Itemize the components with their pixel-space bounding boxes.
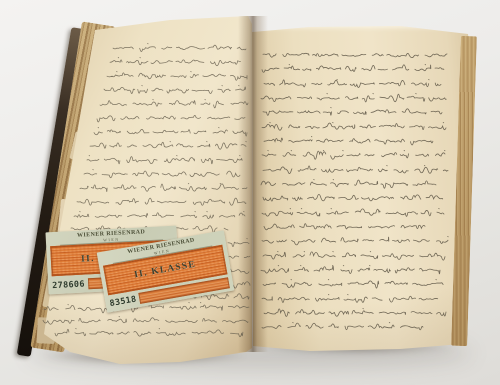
right-page	[250, 26, 476, 356]
ticket-serial-number: 278606	[52, 279, 85, 291]
ticket-serial-number: 83518	[109, 294, 137, 309]
photo-of-open-diary: WIENER RIESENRAD WIEN II. KLASSE 278606 …	[0, 0, 500, 385]
ticket-class-label: II. KLASSE	[134, 260, 197, 281]
book-gutter	[238, 16, 268, 352]
